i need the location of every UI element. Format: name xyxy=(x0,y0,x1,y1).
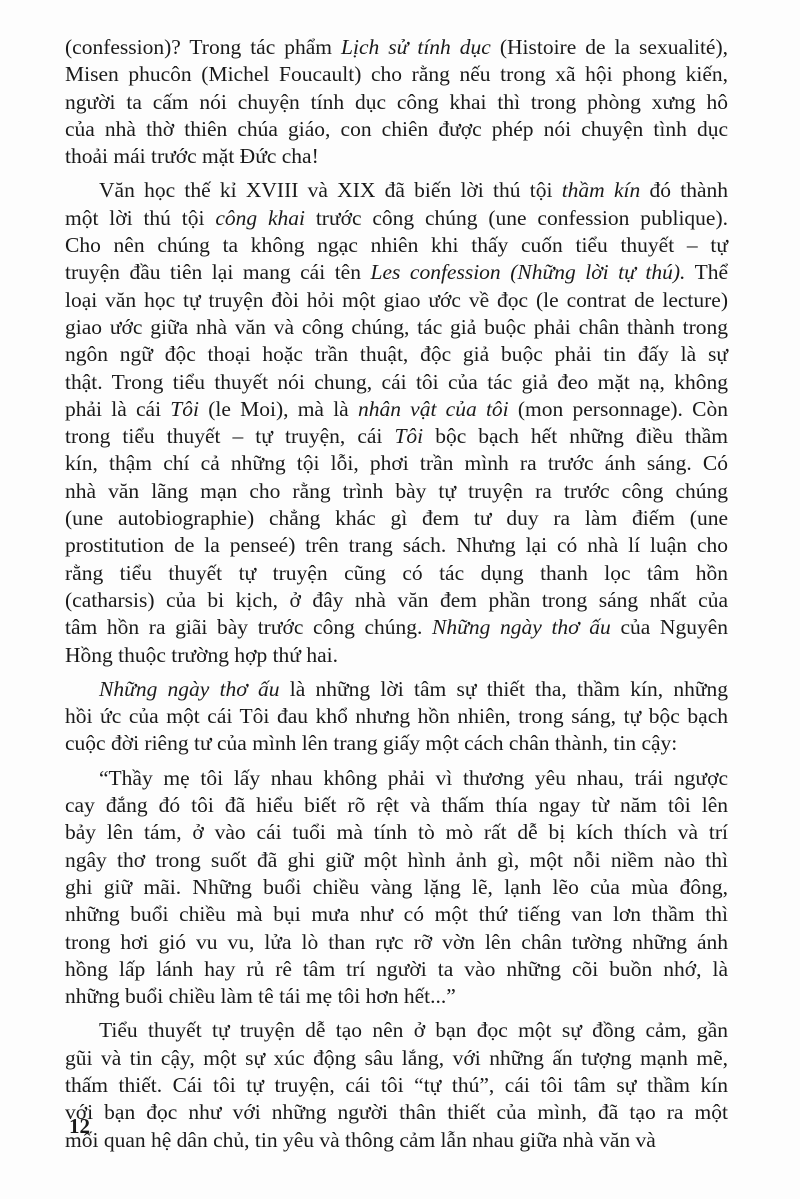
text-line: một lời thú tội công khai trước công chú… xyxy=(65,205,728,232)
text-line: loại văn học tự truyện đòi hỏi một giao … xyxy=(65,287,728,314)
text-line: Misen phucôn (Michel Foucault) cho rằng … xyxy=(65,61,728,88)
text-line: của nhà thờ thiên chúa giáo, con chiên đ… xyxy=(65,116,728,143)
body-text: (confession)? Trong tác phẩm Lịch sử tín… xyxy=(65,34,728,1161)
paragraph-p1: (confession)? Trong tác phẩm Lịch sử tín… xyxy=(65,34,728,170)
paragraph-p2: Văn học thế kỉ XVIII và XIX đã biến lời … xyxy=(65,177,728,668)
text-line: hồi ức của một cái Tôi đau khổ nhưng hồn… xyxy=(65,703,728,730)
text-line: truyện đầu tiên lại mang cái tên Les con… xyxy=(65,259,728,286)
text-line: prostitution de la penseé) trên trang sá… xyxy=(65,532,728,559)
text-line: ngôn ngữ độc thoại hoặc trần thuật, độc … xyxy=(65,341,728,368)
text-line: thoải mái trước mặt Đức cha! xyxy=(65,143,728,170)
text-line: nhà văn lãng mạn cho rằng trình bày tự t… xyxy=(65,478,728,505)
text-line: Cho nên chúng ta không ngạc nhiên khi th… xyxy=(65,232,728,259)
text-line: cuộc đời riêng tư của mình lên trang giấ… xyxy=(65,730,728,757)
text-line: những buổi chiều mà bụi mưa như có một t… xyxy=(65,901,728,928)
text-line: (catharsis) của bi kịch, ở đây nhà văn đ… xyxy=(65,587,728,614)
italic-phrase: Lịch sử tính dục xyxy=(341,35,491,59)
text-line: rằng tiểu thuyết tự truyện cũng có tác d… xyxy=(65,560,728,587)
text-line: ghi giữ mãi. Những buổi chiều vàng lặng … xyxy=(65,874,728,901)
text-line: trong tiểu thuyết – tự truyện, cái Tôi b… xyxy=(65,423,728,450)
italic-phrase: công khai xyxy=(215,206,305,230)
text-line: người ta cấm nói chuyện tính dục công kh… xyxy=(65,89,728,116)
paragraph-p5: Tiểu thuyết tự truyện dễ tạo nên ở bạn đ… xyxy=(65,1017,728,1153)
text-line: tâm hồn ra giãi bày trước công chúng. Nh… xyxy=(65,614,728,641)
text-line: Những ngày thơ ấu là những lời tâm sự th… xyxy=(65,676,728,703)
text-line: bảy lên tám, ở vào cái tuổi mà tính tò m… xyxy=(65,819,728,846)
italic-phrase: Tôi xyxy=(170,397,199,421)
italic-phrase: Tôi xyxy=(394,424,423,448)
text-line: với bạn đọc như với những người thân thi… xyxy=(65,1099,728,1126)
text-line: Văn học thế kỉ XVIII và XIX đã biến lời … xyxy=(65,177,728,204)
text-line: giao ước giữa nhà văn và công chúng, tác… xyxy=(65,314,728,341)
text-line: (une autobiographie) chẳng khác gì đem t… xyxy=(65,505,728,532)
paragraph-p4-quote: “Thầy mẹ tôi lấy nhau không phải vì thươ… xyxy=(65,765,728,1011)
italic-phrase: Những ngày thơ ấu xyxy=(99,677,280,701)
italic-phrase: thầm kín xyxy=(562,178,641,202)
text-line: phải là cái Tôi (le Moi), mà là nhân vật… xyxy=(65,396,728,423)
text-line: “Thầy mẹ tôi lấy nhau không phải vì thươ… xyxy=(65,765,728,792)
italic-phrase: Les confession (Những lời tự thú). xyxy=(371,260,686,284)
text-line: những buổi chiều làm tê tái mẹ tôi hơn h… xyxy=(65,983,728,1010)
text-line: cay đắng đó tôi đã hiểu biết rõ rệt và t… xyxy=(65,792,728,819)
text-line: gũi và tin cậy, một sự xúc động sâu lắng… xyxy=(65,1045,728,1072)
text-line: trong hơi gió vu vu, lửa lò than rực rỡ … xyxy=(65,929,728,956)
text-line: Hồng thuộc trường hợp thứ hai. xyxy=(65,642,728,669)
italic-phrase: Những ngày thơ ấu xyxy=(432,615,611,639)
page-number: 12 xyxy=(69,1114,90,1139)
book-page: (confession)? Trong tác phẩm Lịch sử tín… xyxy=(0,0,800,1199)
text-line: thật. Trong tiểu thuyết nói chung, cái t… xyxy=(65,369,728,396)
paragraph-p3: Những ngày thơ ấu là những lời tâm sự th… xyxy=(65,676,728,758)
text-line: kín, thậm chí cả những tội lỗi, phơi trầ… xyxy=(65,450,728,477)
text-line: hồng lấp lánh hay rủ rê tâm trí người ta… xyxy=(65,956,728,983)
italic-phrase: nhân vật của tôi xyxy=(358,397,509,421)
text-line: (confession)? Trong tác phẩm Lịch sử tín… xyxy=(65,34,728,61)
text-line: mối quan hệ dân chủ, tin yêu và thông cả… xyxy=(65,1127,728,1154)
text-line: ngây thơ trong suốt đã ghi giữ một hình … xyxy=(65,847,728,874)
text-line: thấm thiết. Cái tôi tự truyện, cái tôi “… xyxy=(65,1072,728,1099)
text-line: Tiểu thuyết tự truyện dễ tạo nên ở bạn đ… xyxy=(65,1017,728,1044)
